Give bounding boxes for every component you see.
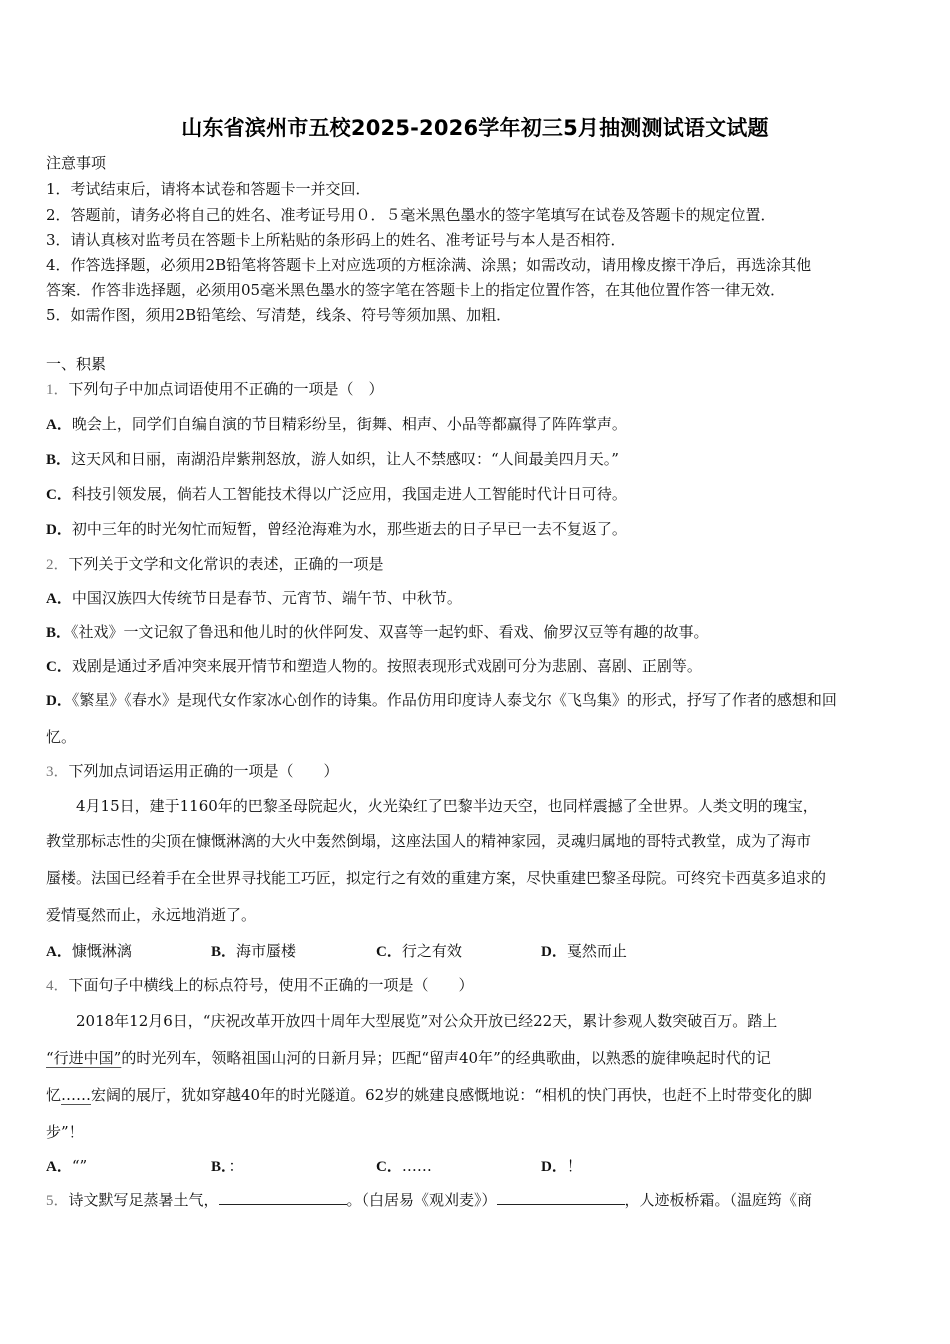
option-letter: A． (46, 417, 72, 433)
option-text: 初中三年的时光匆忙而短暂，曾经沧海难为水，那些逝去的日子早已一去不复返了。 (72, 520, 627, 538)
option-letter: C． (46, 487, 72, 503)
document-title: 山东省滨州市五校2025-2026学年初三5月抽测测试语文试题 (0, 112, 950, 142)
option-text: 海市蜃楼 (236, 942, 296, 960)
question-2-option-d-continuation: 忆。 (46, 726, 76, 747)
question-2-stem: 2．下列关于文学和文化常识的表述，正确的一项是 (46, 553, 384, 574)
notice-item: 1．考试结束后，请将本试卷和答题卡一并交回． (46, 178, 371, 199)
question-3-stem: 3．下列加点词语运用正确的一项是（ ） (46, 760, 339, 781)
question-2-option-b: B．《社戏》一文记叙了鲁迅和他儿时的伙伴阿发、双喜等一起钓虾、看戏、偷罗汉豆等有… (46, 621, 709, 642)
option-b: B．海市蜃楼 (211, 940, 296, 961)
option-letter: B． (211, 944, 236, 960)
passage-line: 教堂那标志性的尖顶在慷慨淋漓的大火中轰然倒塌，这座法国人的精神家园，灵魂归属地的… (46, 830, 811, 851)
answer-blank-2[interactable] (497, 1190, 625, 1205)
option-a: A．慷慨淋漓 (46, 940, 132, 961)
notice-heading: 注意事项 (46, 152, 106, 173)
option-a: A．“” (46, 1155, 87, 1176)
passage-line: 4月15日，建于1160年的巴黎圣母院起火，火光染红了巴黎半边天空，也同样震撼了… (76, 795, 818, 816)
question-number: 1． (46, 382, 69, 398)
notice-item: 3．请认真核对监考员在答题卡上所粘贴的条形码上的姓名、准考证号与本人是否相符． (46, 229, 626, 250)
question-1-option-a: A．晚会上，同学们自编自演的节目精彩纷呈，街舞、相声、小品等都赢得了阵阵掌声。 (46, 413, 627, 434)
option-letter: C． (46, 659, 72, 675)
passage-text: 的时光列车，领略祖国山河的日新月异；匹配“留声40年”的经典歌曲，以熟悉的旋律唤… (121, 1049, 770, 1067)
option-text: …… (402, 1157, 432, 1175)
passage-line: 步”！ (46, 1121, 84, 1142)
question-5: 5．诗文默写足蒸暑土气，。（白居易《观刈麦》），人迹板桥霜。（温庭筠《商 (46, 1189, 812, 1210)
option-text: ！ (567, 1157, 582, 1175)
option-text: “” (72, 1157, 87, 1175)
passage-line: 2018年12月6日，“庆祝改革开放四十周年大型展览”对公众开放已经22天，累计… (76, 1010, 777, 1031)
question-1-option-d: D．初中三年的时光匆忙而短暂，曾经沧海难为水，那些逝去的日子早已一去不复返了。 (46, 518, 627, 539)
question-1-option-c: C．科技引领发展，倘若人工智能技术得以广泛应用，我国走进人工智能时代计日可待。 (46, 483, 627, 504)
question-number: 4． (46, 978, 69, 994)
underlined-punctuation: “行进中国” (46, 1049, 121, 1067)
question-2-option-a: A．中国汉族四大传统节日是春节、元宵节、端午节、中秋节。 (46, 587, 462, 608)
passage-text: 忆 (46, 1086, 61, 1104)
option-text: 戏剧是通过矛盾冲突来展开情节和塑造人物的。按照表现形式戏剧可分为悲剧、喜剧、正剧… (72, 657, 702, 675)
question-text: 下列加点词语运用正确的一项是（ ） (69, 762, 339, 780)
option-text: 晚会上，同学们自编自演的节目精彩纷呈，街舞、相声、小品等都赢得了阵阵掌声。 (72, 415, 627, 433)
passage-line: 蜃楼。法国已经着手在全世界寻找能工巧匠，拟定行之有效的重建方案，尽快重建巴黎圣母… (46, 867, 826, 888)
option-text: 慷慨淋漓 (72, 942, 132, 960)
answer-blank-1[interactable] (219, 1190, 347, 1205)
option-letter: A． (46, 944, 72, 960)
option-letter: C． (376, 1159, 402, 1175)
option-letter: A． (46, 1159, 72, 1175)
exam-page: 山东省滨州市五校2025-2026学年初三5月抽测测试语文试题 注意事项 1．考… (0, 0, 950, 1344)
question-2-option-c: C．戏剧是通过矛盾冲突来展开情节和塑造人物的。按照表现形式戏剧可分为悲剧、喜剧、… (46, 655, 702, 676)
option-letter: C． (376, 944, 402, 960)
question-4-options: A．“” B．： C．…… D．！ (46, 1155, 906, 1177)
option-text: 科技引领发展，倘若人工智能技术得以广泛应用，我国走进人工智能时代计日可待。 (72, 485, 627, 503)
option-text: 《社戏》一文记叙了鲁迅和他儿时的伙伴阿发、双喜等一起钓虾、看戏、偷罗汉豆等有趣的… (71, 623, 709, 641)
option-c: C．行之有效 (376, 940, 462, 961)
option-c: C．…… (376, 1155, 432, 1176)
notice-item: 2．答题前，请务必将自己的姓名、准考证号用０．５毫米黑色墨水的签字笔填写在试卷及… (46, 204, 776, 225)
question-text: 下面句子中横线上的标点符号，使用不正确的一项是（ ） (69, 976, 474, 994)
notice-item: 5．如需作图，须用2B铅笔绘、写清楚，线条、符号等须加黑、加粗． (46, 304, 511, 325)
passage-line: 爱情戛然而止，永远地消逝了。 (46, 904, 256, 925)
question-4-stem: 4．下面句子中横线上的标点符号，使用不正确的一项是（ ） (46, 974, 474, 995)
option-text: 行之有效 (402, 942, 462, 960)
question-number: 3． (46, 764, 69, 780)
option-d: D．戛然而止 (541, 940, 627, 961)
option-letter: B． (46, 625, 71, 641)
notice-item: 4．作答选择题，必须用2B铅笔将答题卡上对应选项的方框涂满、涂黑；如需改动，请用… (46, 254, 811, 275)
question-1-stem: 1．下列句子中加点词语使用不正确的一项是（ ） (46, 378, 384, 399)
option-letter: D． (541, 944, 567, 960)
option-text: 戛然而止 (567, 942, 627, 960)
option-text: ： (229, 1157, 244, 1175)
option-letter: D． (46, 693, 72, 709)
passage-text: 宏阔的展厅，犹如穿越40年的时光隧道。62岁的姚建良感慨地说：“相机的快门再快，… (91, 1086, 812, 1104)
question-text: ，人迹板桥霜。（温庭筠《商 (625, 1191, 813, 1209)
question-1-option-b: B．这天风和日丽，南湖沿岸紫荆怒放，游人如织，让人不禁感叹：“人间最美四月天。” (46, 448, 619, 469)
option-letter: A． (46, 591, 72, 607)
option-text: 《繁星》《春水》是现代女作家冰心创作的诗集。作品仿用印度诗人泰戈尔《飞鸟集》的形… (72, 691, 837, 709)
passage-line: 忆……宏阔的展厅，犹如穿越40年的时光隧道。62岁的姚建良感慨地说：“相机的快门… (46, 1084, 812, 1105)
question-number: 5． (46, 1193, 69, 1209)
option-letter: D． (541, 1159, 567, 1175)
passage-line: “行进中国”的时光列车，领略祖国山河的日新月异；匹配“留声40年”的经典歌曲，以… (46, 1047, 771, 1068)
underlined-punctuation: …… (61, 1086, 91, 1104)
option-letter: D． (46, 522, 72, 538)
option-d: D．！ (541, 1155, 582, 1176)
section-heading: 一、积累 (46, 353, 106, 374)
question-2-option-d: D．《繁星》《春水》是现代女作家冰心创作的诗集。作品仿用印度诗人泰戈尔《飞鸟集》… (46, 689, 837, 710)
option-letter: B． (46, 452, 71, 468)
question-text: 下列关于文学和文化常识的表述，正确的一项是 (69, 555, 384, 573)
option-text: 中国汉族四大传统节日是春节、元宵节、端午节、中秋节。 (72, 589, 462, 607)
question-text: 诗文默写足蒸暑土气， (69, 1191, 219, 1209)
option-b: B．： (211, 1155, 244, 1176)
question-text: 。（白居易《观刈麦》） (347, 1191, 497, 1209)
option-letter: B． (211, 1159, 229, 1175)
notice-item: 答案．作答非选择题，必须用05毫米黑色墨水的签字笔在答题卡上的指定位置作答，在其… (46, 279, 785, 300)
question-number: 2． (46, 557, 69, 573)
option-text: 这天风和日丽，南湖沿岸紫荆怒放，游人如织，让人不禁感叹：“人间最美四月天。” (71, 450, 619, 468)
question-3-options: A．慷慨淋漓 B．海市蜃楼 C．行之有效 D．戛然而止 (46, 940, 906, 962)
question-text: 下列句子中加点词语使用不正确的一项是（ ） (69, 380, 384, 398)
